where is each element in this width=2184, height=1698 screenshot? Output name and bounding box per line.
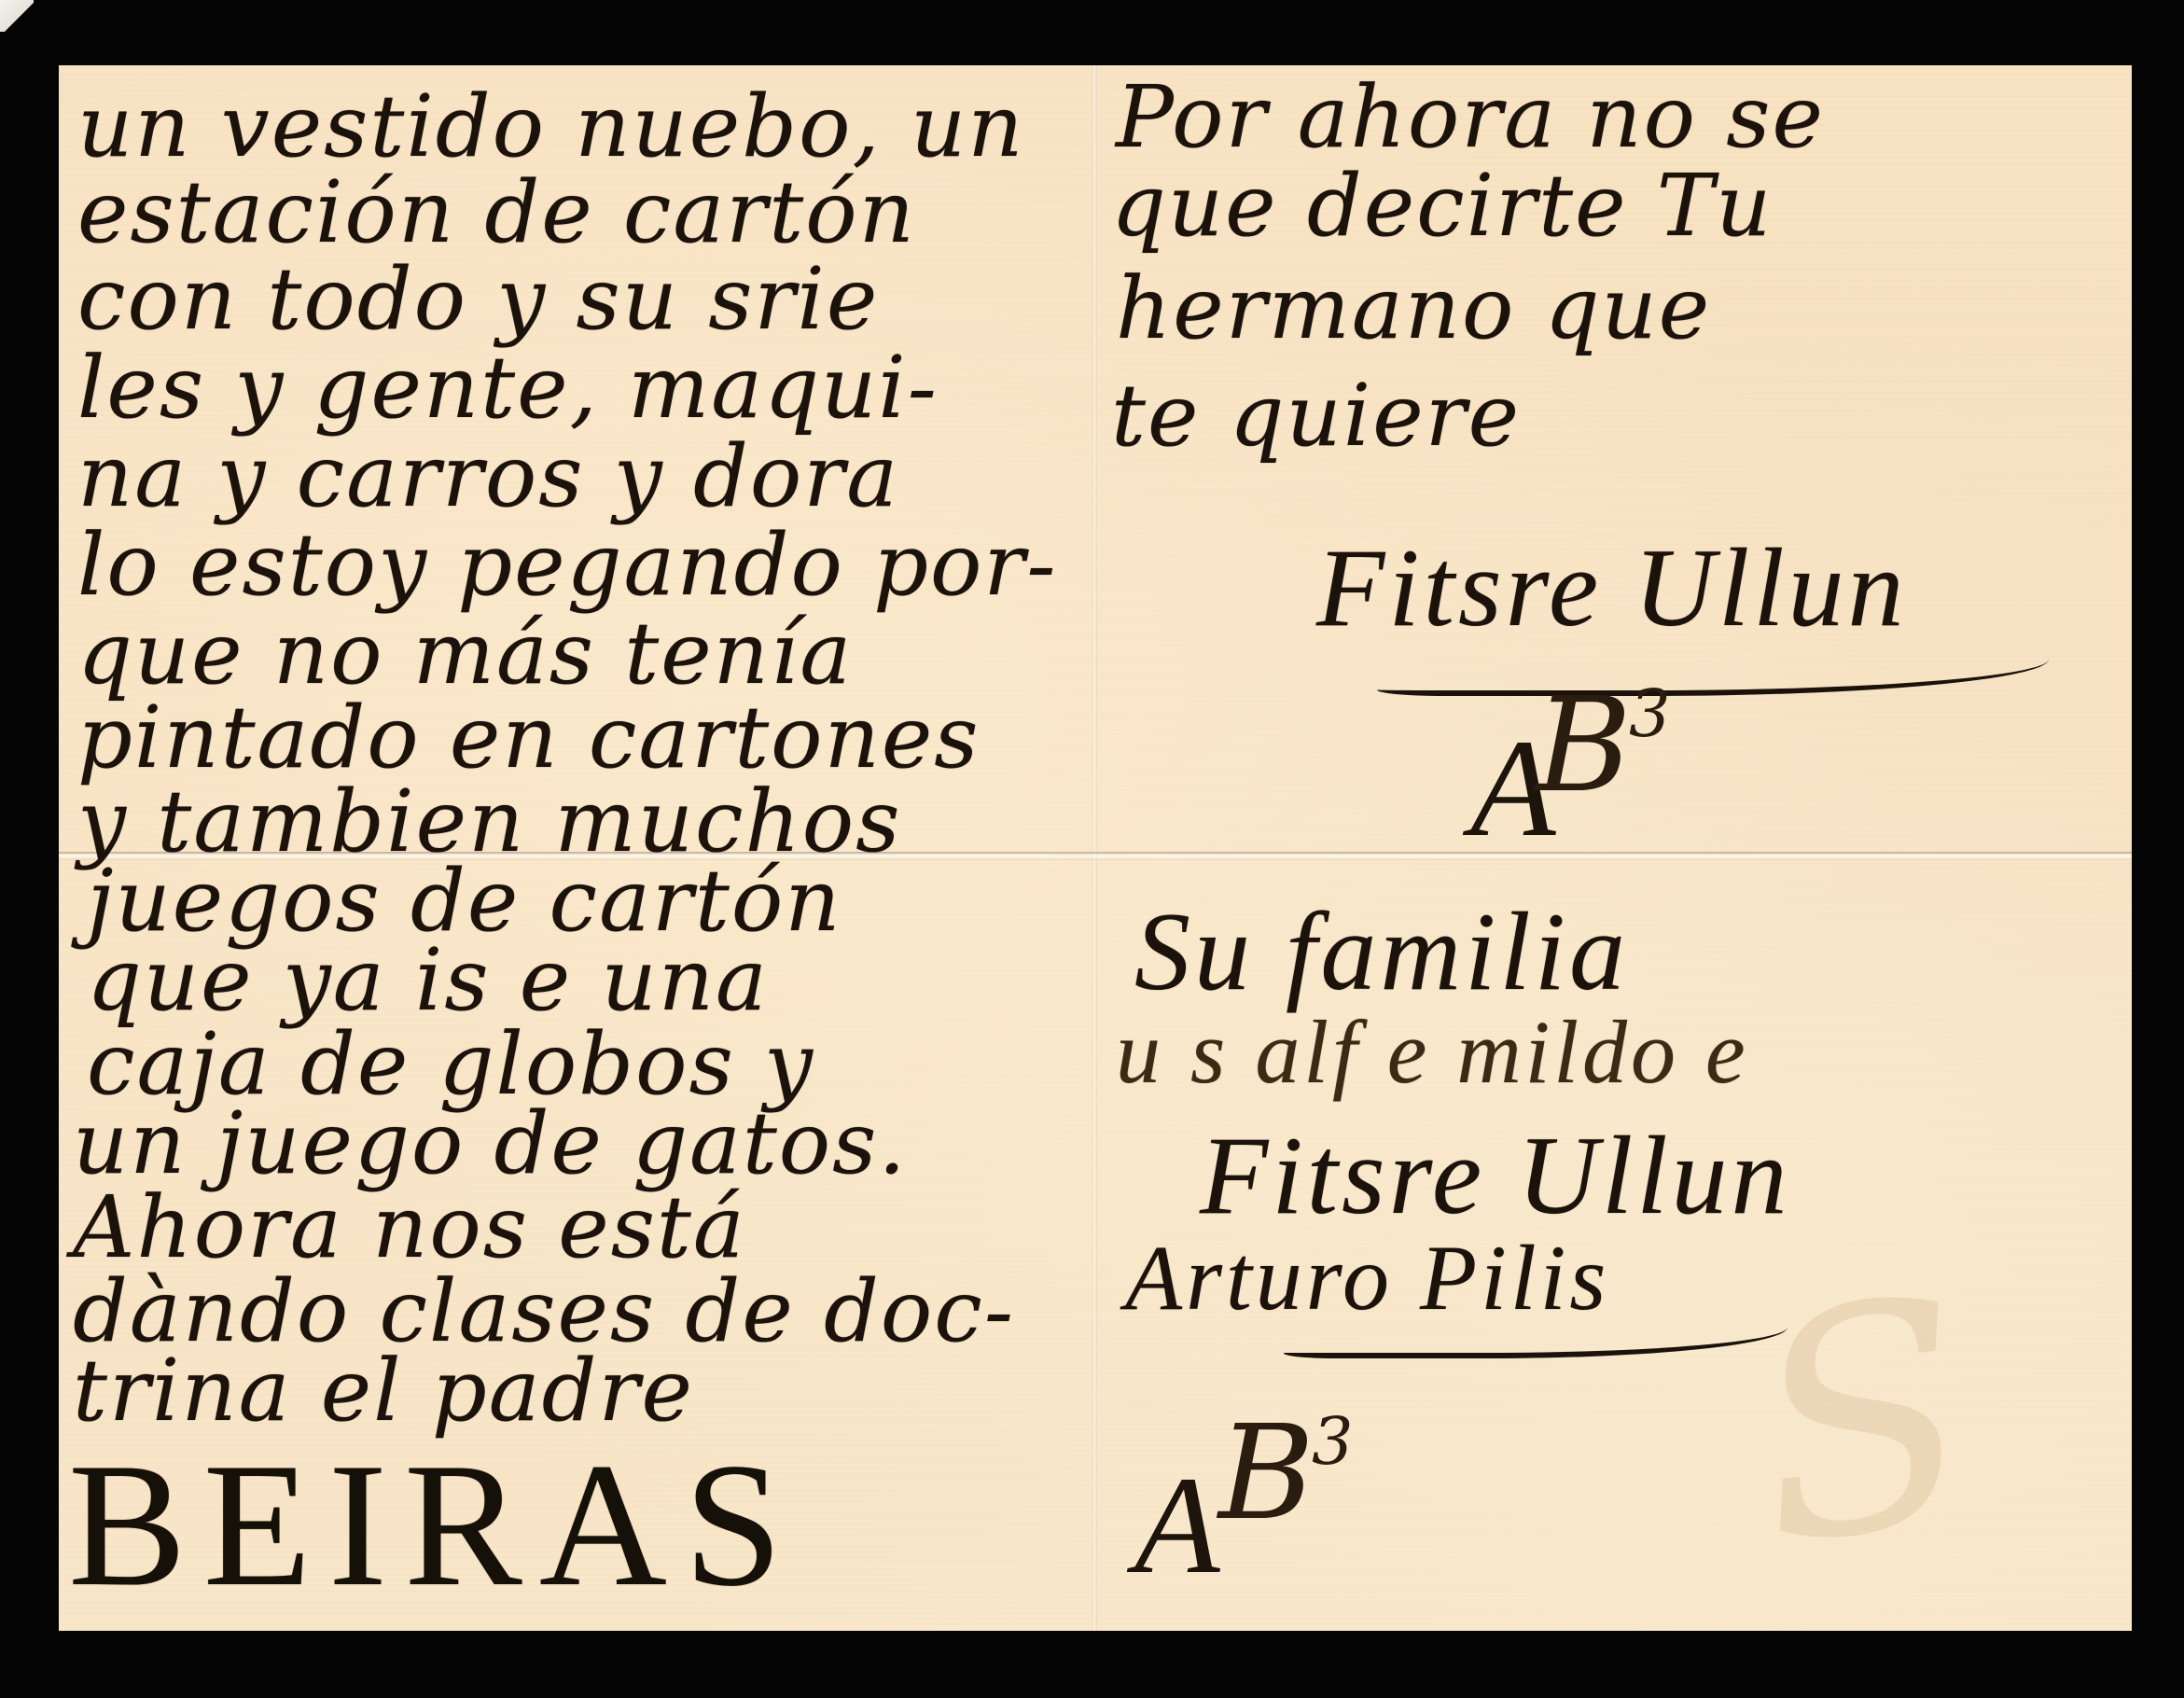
letter-line: lo estoy pegando por- — [77, 522, 1058, 608]
letter-line: un juego de gatos. — [73, 1101, 908, 1187]
closing-line-second: u s alf e mildo e — [1116, 1008, 1749, 1097]
letter-line: te quiere — [1111, 373, 1521, 459]
rubric-loop-b-2: B — [1218, 1409, 1315, 1539]
letter-line: hermano que — [1116, 266, 1711, 352]
letter-line: Ahora nos está — [73, 1185, 746, 1271]
letter-line: que ya is e una — [87, 938, 769, 1023]
faint-watermark: S — [1733, 1225, 2029, 1614]
rubric-letter-a-2: A — [1134, 1455, 1220, 1595]
rubric-mark-2: 3 — [1312, 1409, 1354, 1474]
letter-line: con todo y su srie — [77, 257, 879, 342]
signature-second: Fitsre Ullun — [1200, 1120, 1791, 1232]
letter-line: que no más tenía — [77, 611, 853, 697]
letter-paper: S un vestido nuebo, un estación de cartó… — [59, 65, 2132, 1631]
large-signature-beiras: BEIRAS — [68, 1437, 800, 1614]
letter-line: que decirte Tu — [1111, 163, 1773, 249]
signature-first: Fitsre Ullun — [1316, 532, 1908, 644]
closing-line-familia: Su familia — [1134, 896, 1629, 1008]
letter-line: un vestido nuebo, un — [77, 84, 1025, 170]
scanner-corner-artifact — [0, 0, 34, 32]
vertical-fold-crease — [1092, 65, 1097, 1631]
letter-line: na y carros y dora — [77, 434, 899, 520]
signature-underline-flourish-2 — [1284, 1306, 1788, 1358]
rubric-loop-b: B — [1536, 681, 1632, 812]
letter-line: estación de cartón — [77, 170, 916, 256]
scanned-letter: S un vestido nuebo, un estación de cartó… — [0, 0, 2184, 1698]
letter-line: pintado en cartones — [77, 695, 980, 781]
letter-line: Por ahora no se — [1116, 75, 1825, 160]
letter-line: les y gente, maqui- — [77, 345, 939, 431]
rubric-mark: 3 — [1629, 681, 1671, 746]
signature-underline-flourish — [1377, 634, 2049, 696]
letter-line: trina el padre — [73, 1348, 694, 1434]
